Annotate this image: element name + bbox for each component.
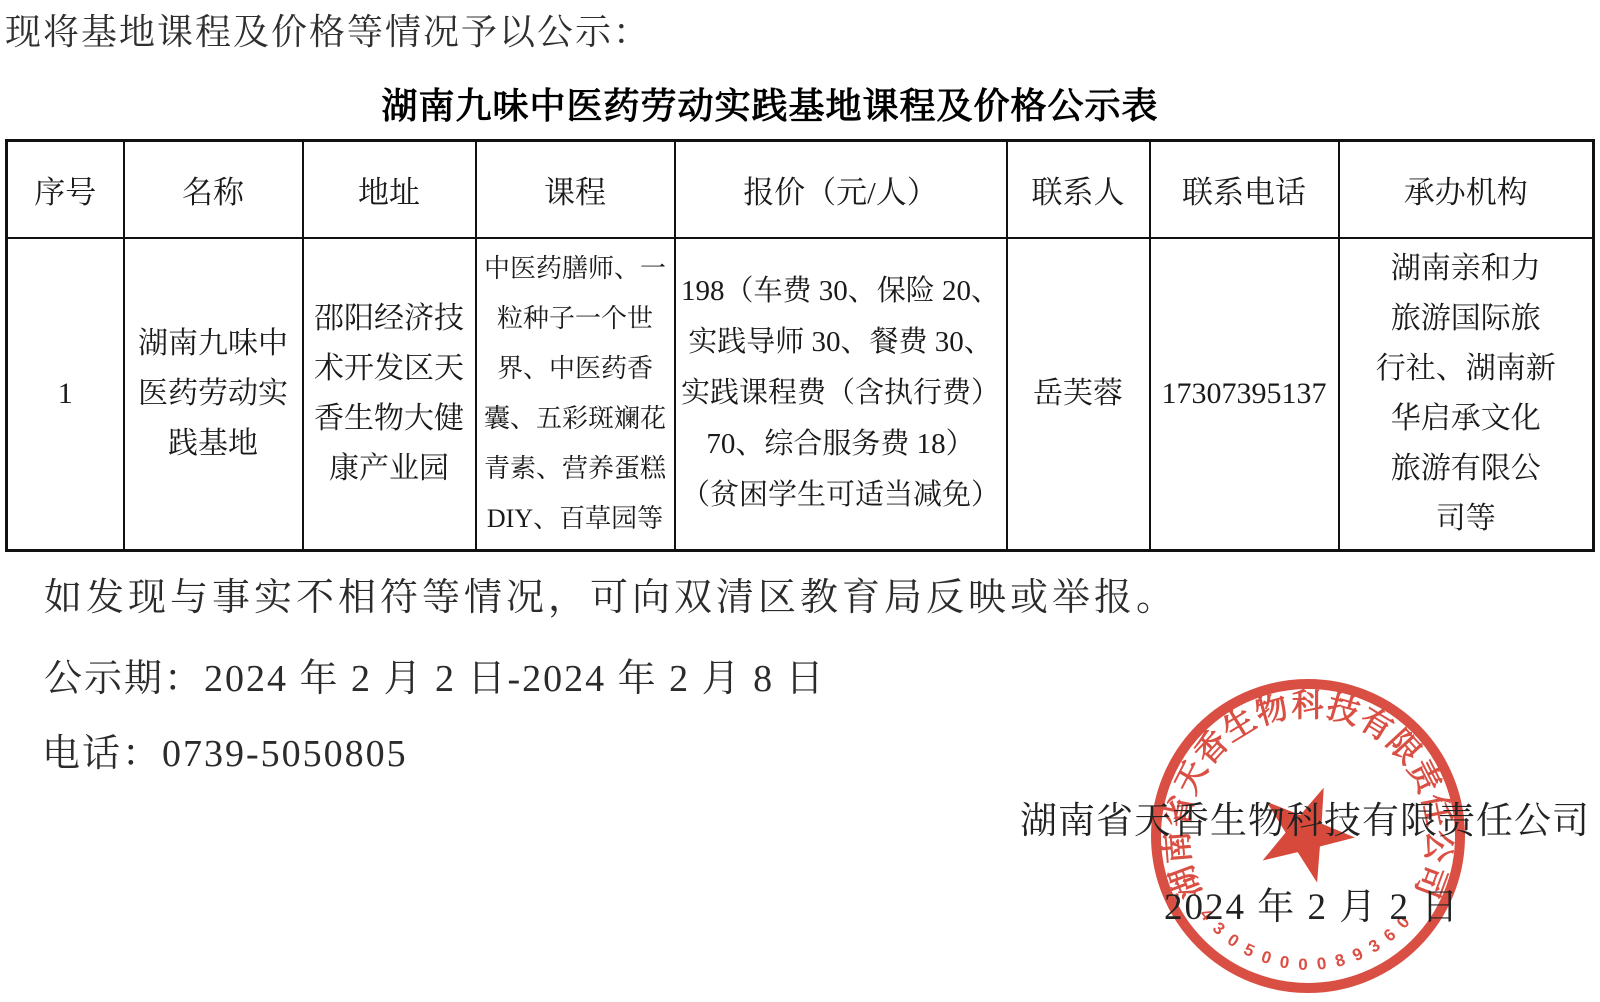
cell-name: 湖南九味中 医药劳动实 践基地 — [124, 238, 303, 551]
col-header-courses: 课程 — [476, 141, 675, 238]
phone-line: 电话：0739-5050805 — [42, 722, 408, 777]
cell-phone: 17307395137 — [1150, 238, 1339, 551]
cell-organizer: 湖南亲和力 旅游国际旅 行社、湖南新 华启承文化 旅游有限公 司等 — [1339, 238, 1594, 551]
col-header-price: 报价（元/人） — [675, 141, 1007, 238]
intro-line: 现将基地课程及价格等情况予以公示： — [5, 4, 651, 55]
signature-date: 2024 年 2 月 2 日 — [1164, 876, 1460, 930]
signature-company: 湖南省天香生物科技有限责任公司 — [1020, 790, 1590, 844]
col-header-name: 名称 — [124, 141, 303, 238]
col-header-phone: 联系电话 — [1150, 141, 1339, 238]
cell-courses: 中医药膳师、一 粒种子一个世 界、中医药香 囊、五彩斑斓花 青素、营养蛋糕 DI… — [476, 238, 675, 551]
table-header-row: 序号 名称 地址 课程 报价（元/人） 联系人 联系电话 承办机构 — [7, 141, 1594, 238]
col-header-address: 地址 — [303, 141, 476, 238]
table-row: 1 湖南九味中 医药劳动实 践基地 邵阳经济技 术开发区天 香生物大健 康产业园… — [7, 238, 1594, 551]
document-page: 现将基地课程及价格等情况予以公示： 湖南九味中医药劳动实践基地课程及价格公示表 … — [0, 0, 1600, 1002]
publicity-period-line: 公示期：2024 年 2 月 2 日-2024 年 2 月 8 日 — [44, 647, 826, 702]
cell-contact: 岳芙蓉 — [1007, 238, 1150, 551]
cell-price: 198（车费 30、保险 20、 实践导师 30、餐费 30、 实践课程费（含执… — [675, 238, 1007, 551]
col-header-contact: 联系人 — [1007, 141, 1150, 238]
col-header-organizer: 承办机构 — [1339, 141, 1594, 238]
cell-seq: 1 — [7, 238, 124, 551]
cell-address: 邵阳经济技 术开发区天 香生物大健 康产业园 — [303, 238, 476, 551]
page-title: 湖南九味中医药劳动实践基地课程及价格公示表 — [0, 78, 1540, 129]
report-note-line: 如发现与事实不相符等情况，可向双清区教育局反映或举报。 — [44, 566, 1178, 621]
col-header-seq: 序号 — [7, 141, 124, 238]
price-table: 序号 名称 地址 课程 报价（元/人） 联系人 联系电话 承办机构 1 湖南九味… — [5, 139, 1595, 552]
